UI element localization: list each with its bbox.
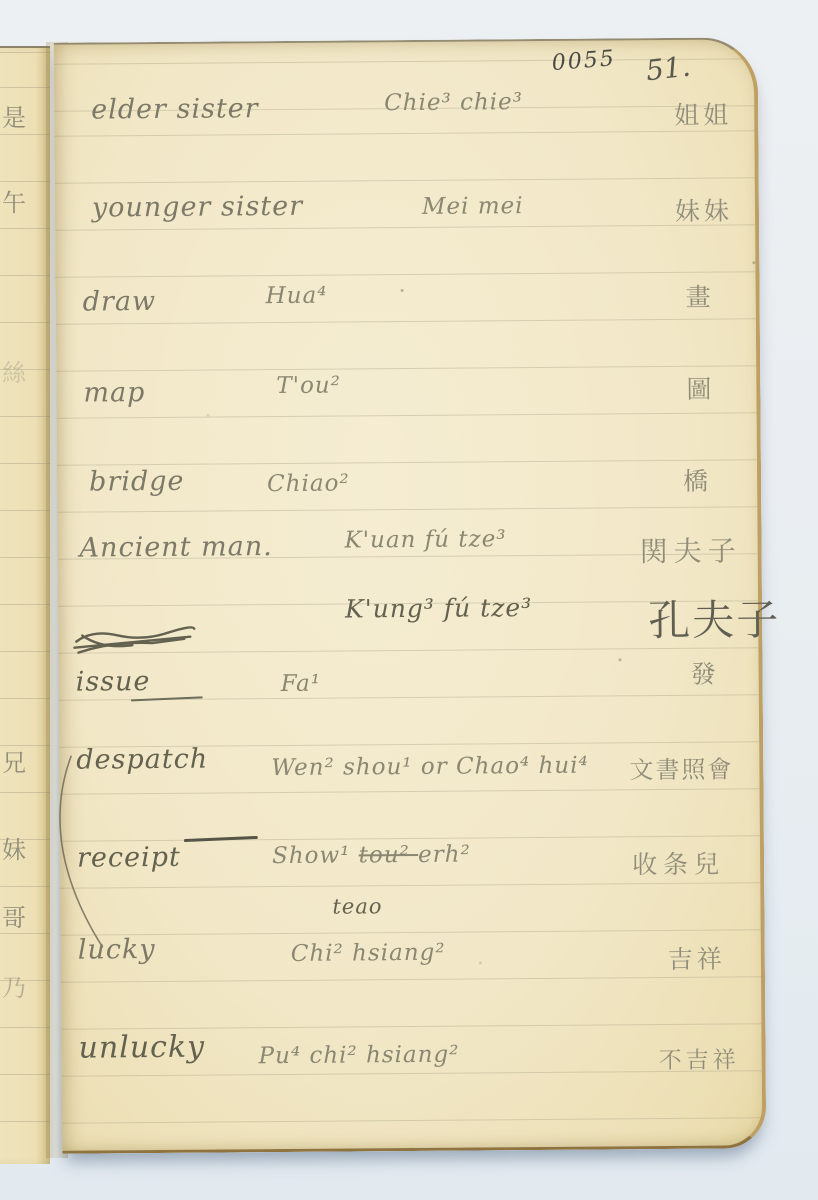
partial-character: 妹 (2, 830, 26, 865)
page-number: 51. (644, 50, 692, 88)
english-term: draw (83, 286, 157, 318)
romanization: Chiao² (267, 470, 350, 497)
romanization-correction: teao (332, 894, 382, 918)
partial-character: 哥 (2, 898, 26, 933)
romanization: Wen² shou¹ or Chao⁴ hui⁴ (271, 753, 589, 781)
paper-speckle (479, 961, 482, 964)
pen-flourish (131, 696, 203, 701)
romanization-struck: tou² (359, 842, 419, 868)
romanization-suffix: erh² (418, 842, 471, 868)
notebook-page: 0055 51. elder sister Chie³ chie³ 姐姐 you… (54, 37, 767, 1153)
chinese-characters: 發 (690, 655, 719, 691)
english-term: Ancient man. (79, 531, 272, 564)
paper-speckle (752, 261, 755, 264)
archive-stamp: 0055 (551, 46, 617, 76)
romanization: Mei mei (422, 193, 524, 220)
english-term: bridge (89, 466, 185, 498)
chinese-characters: 收条兒 (632, 845, 725, 882)
english-term: issue (76, 666, 151, 698)
partial-character: 絲 (2, 353, 26, 388)
english-term: elder sister (91, 93, 259, 125)
partial-character: 乃 (2, 968, 26, 1003)
romanization: Chie³ chie³ (384, 89, 523, 116)
romanization: Hua⁴ (266, 283, 328, 309)
romanization: Show¹ tou² erh² (272, 842, 471, 870)
romanization: T'ou² (276, 373, 341, 400)
chinese-characters: 畫 (686, 278, 715, 314)
chinese-characters: 吉祥 (668, 940, 726, 976)
paper-speckle (401, 289, 404, 292)
facing-page-edge: 是 午 絲 兄 妹 哥 乃 (0, 46, 50, 1164)
partial-character: 是 (2, 98, 26, 133)
t-crossbar-stroke (184, 836, 258, 842)
romanization: Fa¹ (281, 671, 322, 697)
partial-character: 午 (2, 183, 26, 218)
romanization: Chi² hsiang² (291, 940, 446, 967)
chinese-characters: 圖 (686, 370, 715, 406)
english-term: map (83, 377, 145, 408)
paper-speckle (619, 658, 622, 661)
romanization: K'ung³ fú tze³ (345, 593, 532, 623)
chinese-characters: 橋 (683, 462, 712, 498)
paper-speckle (207, 414, 210, 417)
chinese-characters: 関夫子 (639, 529, 741, 570)
chinese-characters: 不吉祥 (659, 1041, 740, 1075)
chinese-characters: 文書照會 (629, 749, 733, 785)
scribble-strikethrough (72, 619, 202, 660)
english-term: younger sister (92, 191, 303, 224)
english-term: receipt (77, 842, 181, 874)
partial-character: 兄 (2, 743, 26, 778)
romanization-prefix: Show¹ (272, 842, 359, 869)
romanization: K'uan fú tze³ (344, 526, 506, 553)
chinese-characters: 孔夫子 (648, 587, 780, 648)
english-term: unlucky (78, 1030, 205, 1066)
chinese-characters: 妹妹 (675, 191, 733, 227)
english-term: lucky (78, 934, 156, 966)
chinese-characters: 姐姐 (674, 95, 732, 131)
romanization: Pu⁴ chi² hsiang² (259, 1042, 460, 1070)
